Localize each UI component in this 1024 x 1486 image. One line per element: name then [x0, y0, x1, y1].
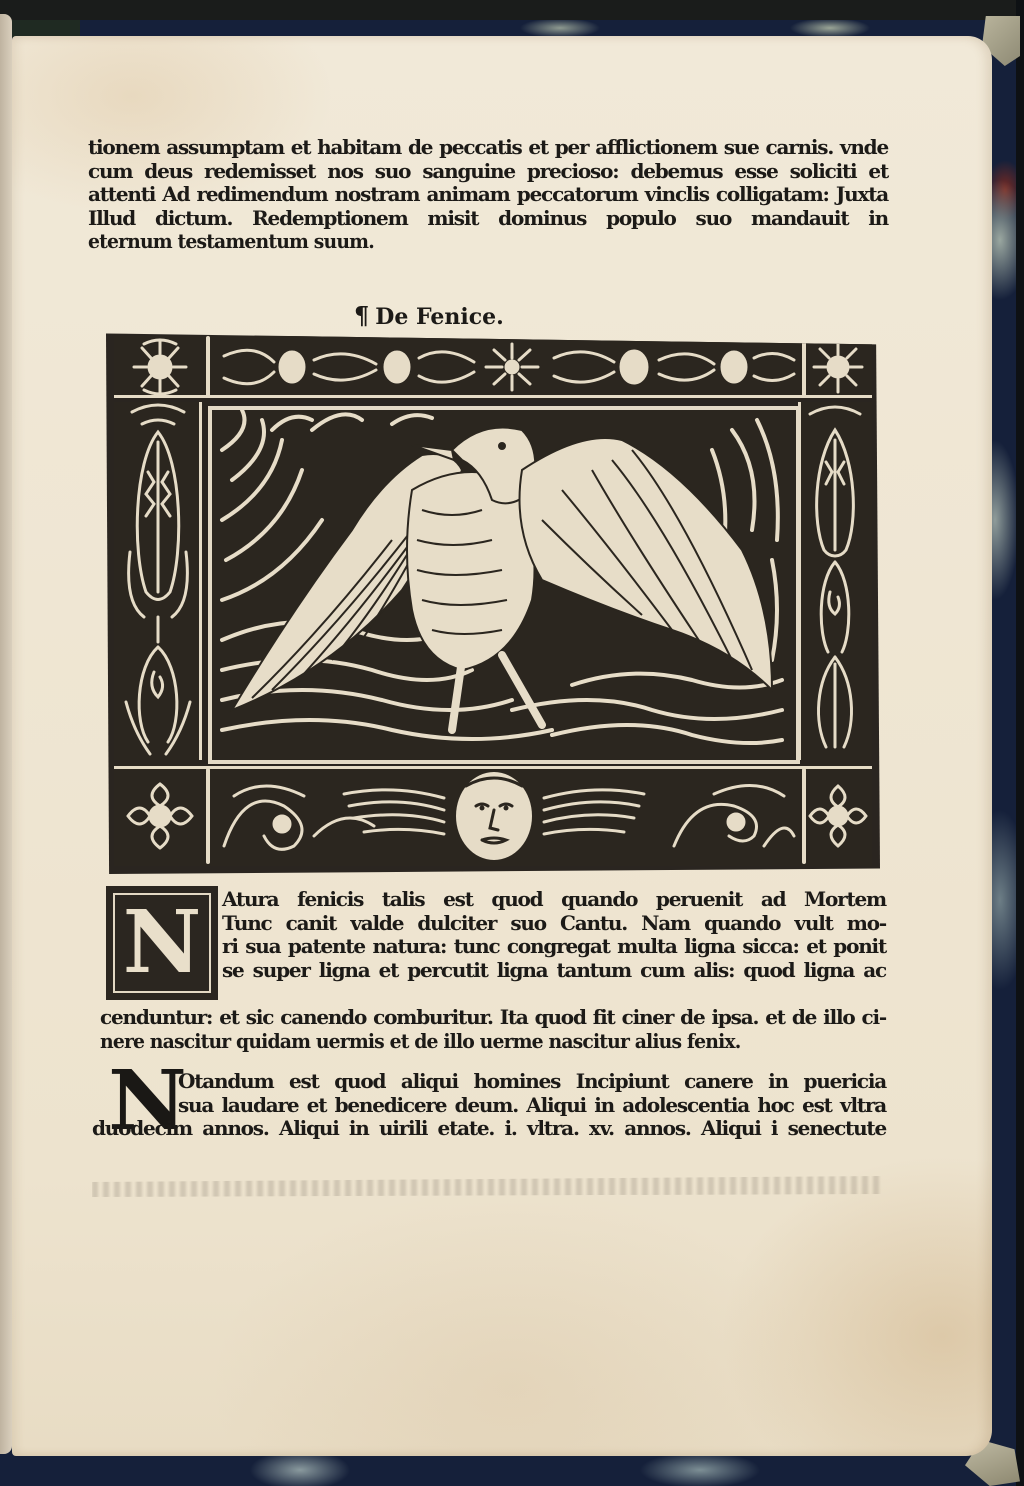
text-line: cum deus redemisset nos suo sanguine pre… — [88, 160, 888, 184]
woodcut-bottom-border — [114, 766, 872, 866]
decorated-initial: N — [106, 886, 218, 1000]
text-line: duodecim annos. Aliqui in uirili etate. … — [92, 1117, 886, 1141]
text-line: Illud dictum. Redemptionem misit dominus… — [88, 207, 888, 231]
facing-page-edge — [0, 14, 12, 1454]
text-line: Atura fenicis talis est quod quando peru… — [222, 888, 886, 912]
woodcut-left-border — [114, 402, 202, 760]
text-line: nere nascitur quidam uermis et de illo u… — [100, 1030, 839, 1054]
text-line: sua laudare et benedicere deum. Aliqui i… — [178, 1094, 886, 1118]
text-line: Otandum est quod aliqui homines Incipiun… — [178, 1070, 886, 1094]
text-line: eternum testamentum suum. — [88, 230, 840, 254]
pilcrow-icon: ¶ — [354, 301, 369, 330]
initial-letter: N — [123, 900, 202, 986]
text-line: se super ligna et percutit ligna tantum … — [222, 959, 886, 983]
text-line: ri sua patente natura: tunc congregat mu… — [222, 935, 886, 959]
woodcut-right-border — [798, 402, 872, 760]
text-line: attenti Ad redimendum nostram animam pec… — [88, 183, 888, 207]
paragraph-1-indented: Atura fenicis talis est quod quando peru… — [222, 888, 886, 982]
phoenix-woodcut — [106, 328, 880, 874]
text-line: tionem assumptam et habitam de peccatis … — [88, 136, 888, 160]
paragraph-1-full: cenduntur: et sic canendo comburitur. It… — [100, 1006, 886, 1053]
phoenix-scene — [208, 406, 800, 764]
paragraph-2-indented: Otandum est quod aliqui homines Incipiun… — [178, 1070, 886, 1117]
woodcut-top-border — [114, 336, 872, 398]
binding-right-edge — [1016, 0, 1024, 1486]
section-heading: ¶De Fenice. — [354, 301, 504, 330]
text-line: Tunc canit valde dulciter suo Cantu. Nam… — [222, 912, 886, 936]
text-line: cenduntur: et sic canendo comburitur. It… — [100, 1006, 886, 1030]
section-heading-text: De Fenice. — [375, 304, 504, 330]
paragraph-2-full: duodecim annos. Aliqui in uirili etate. … — [92, 1117, 886, 1141]
continuation-text: tionem assumptam et habitam de peccatis … — [88, 136, 888, 254]
binding-top-edge — [0, 0, 1024, 20]
